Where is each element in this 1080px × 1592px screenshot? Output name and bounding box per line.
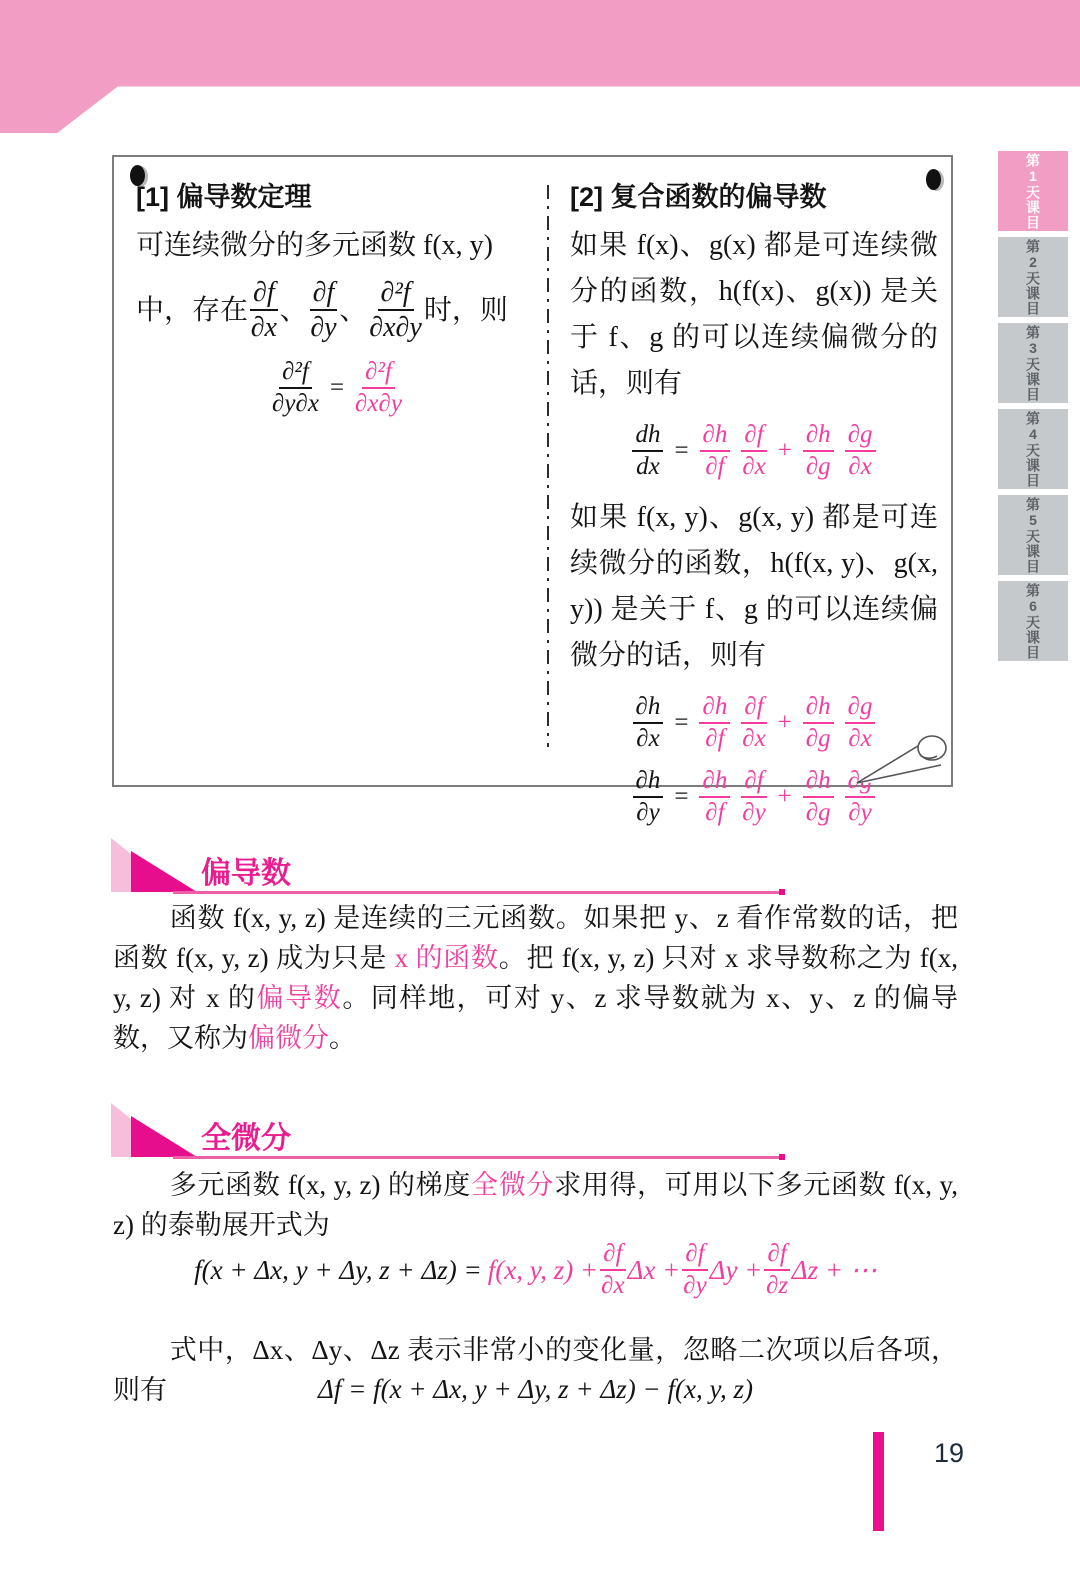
section-underline <box>173 891 783 894</box>
day-tab-list: 第1天课目 第2天课目 第3天课目 第4天课目 第5天课目 第6天课目 <box>998 151 1068 661</box>
text-run: 多元函数 f(x, y, z) 的梯度 <box>170 1170 471 1200</box>
textbook-page: 第1天课目 第2天课目 第3天课目 第4天课目 第5天课目 第6天课目 [1] … <box>0 0 1080 1592</box>
fraction: ∂f∂y <box>310 277 338 344</box>
section-title: 全微分 <box>201 1113 291 1157</box>
page-number: 19 <box>934 1438 964 1469</box>
delta-f-equation: Δf = f(x + Δx, y + Δy, z + Δz) − f(x, y,… <box>113 1374 958 1405</box>
plus-sign: + <box>776 782 794 812</box>
fraction: ∂h∂f <box>699 767 730 827</box>
plus-sign: + <box>776 708 794 738</box>
equals-sign: = <box>672 782 690 812</box>
highlight-run: 偏导数 <box>257 983 343 1013</box>
highlight-run: 偏微分 <box>248 1023 329 1053</box>
theorem-1-title: [1] 偏导数定理 <box>136 177 538 217</box>
fraction: ∂²f∂x∂y <box>369 277 422 344</box>
section-header-partial-derivative: 偏导数 <box>111 838 811 896</box>
section-header-total-differential: 全微分 <box>111 1103 811 1161</box>
equals-sign: = <box>672 436 690 466</box>
page-top-banner <box>0 0 1080 133</box>
text-run: 中，存在 <box>136 294 248 328</box>
tab-day-2: 第2天课目 <box>998 237 1068 317</box>
formula-run: Δy + <box>710 1254 763 1286</box>
fraction: ∂g∂x <box>845 421 876 481</box>
theorem-2-title: [2] 复合函数的偏导数 <box>570 177 938 217</box>
symmetry-equation: ∂²f∂y∂x = ∂²f∂x∂y <box>136 358 538 418</box>
text-run: 、 <box>339 294 367 328</box>
fraction: ∂f∂x <box>250 277 278 344</box>
fraction: ∂f∂x <box>600 1240 625 1300</box>
text-run: 、 <box>280 294 308 328</box>
fraction: ∂h∂g <box>803 767 834 827</box>
page-curl-icon <box>841 725 953 787</box>
fraction: ∂h∂g <box>803 693 834 753</box>
partial-derivative-paragraph: 函数 f(x, y, z) 是连续的三元函数。如果把 y、z 看作常数的话，把函… <box>113 898 958 1058</box>
text-run: 。 <box>329 1023 356 1053</box>
equals-sign: = <box>328 373 346 403</box>
tab-day-3: 第3天课目 <box>998 323 1068 403</box>
theorem-1-line1: 可连续微分的多元函数 f(x, y) <box>136 223 538 269</box>
plus-sign: + <box>776 436 794 466</box>
fraction: ∂h∂y <box>633 767 664 827</box>
formula-run: Δz + ⋯ <box>792 1254 877 1286</box>
theorem-1-conditions: 中，存在 ∂f∂x 、 ∂f∂y 、 ∂²f∂x∂y 时，则 <box>136 277 538 344</box>
fraction: ∂h∂x <box>633 693 664 753</box>
chain-rule-total: dhdx = ∂h∂f ∂f∂x + ∂h∂g ∂g∂x <box>570 421 938 481</box>
fraction: ∂f∂y <box>682 1240 707 1300</box>
section-underline <box>173 1156 783 1159</box>
triangle-dark-icon <box>131 1116 197 1157</box>
fraction: ∂f∂z <box>764 1240 789 1300</box>
theorem-2-para1: 如果 f(x)、g(x) 都是可连续微分的函数，h(f(x)、g(x)) 是关于… <box>570 223 938 407</box>
text-run: 时，则 <box>424 294 508 328</box>
dash-dot-divider <box>547 185 549 747</box>
triangle-dark-icon <box>131 851 197 892</box>
fraction: ∂f∂x <box>741 421 766 481</box>
highlight-run: x 的函数 <box>395 943 499 973</box>
formula-run: f(x, y, z) + <box>488 1254 598 1286</box>
taylor-expansion-formula: f(x + Δx, y + Δy, z + Δz) = f(x, y, z) +… <box>113 1240 958 1300</box>
formula-run: Δx + <box>628 1254 681 1286</box>
footer-accent-bar <box>873 1432 884 1531</box>
fraction: ∂f∂x <box>741 693 766 753</box>
theorem-1-column: [1] 偏导数定理 可连续微分的多元函数 f(x, y) 中，存在 ∂f∂x 、… <box>136 177 538 432</box>
total-differential-intro: 多元函数 f(x, y, z) 的梯度全微分求用得，可用以下多元函数 f(x, … <box>113 1165 958 1245</box>
fraction: ∂f∂y <box>741 767 766 827</box>
fraction: ∂h∂f <box>699 693 730 753</box>
tab-day-4: 第4天课目 <box>998 409 1068 489</box>
fraction: ∂²f∂x∂y <box>355 358 402 418</box>
theorem-box: [1] 偏导数定理 可连续微分的多元函数 f(x, y) 中，存在 ∂f∂x 、… <box>112 155 953 787</box>
theorem-2-para2: 如果 f(x, y)、g(x, y) 都是可连续微分的函数，h(f(x, y)、… <box>570 495 938 679</box>
formula-lhs: f(x + Δx, y + Δy, z + Δz) = <box>194 1254 482 1286</box>
fraction: ∂h∂f <box>700 421 731 481</box>
equals-sign: = <box>672 708 690 738</box>
fraction: dhdx <box>632 421 663 481</box>
highlight-run: 全微分 <box>471 1170 554 1200</box>
tab-day-5: 第5天课目 <box>998 495 1068 575</box>
fraction: ∂²f∂y∂x <box>272 358 319 418</box>
fraction: ∂h∂g <box>803 421 834 481</box>
tab-day-6: 第6天课目 <box>998 581 1068 661</box>
section-title: 偏导数 <box>201 848 291 892</box>
tab-day-1: 第1天课目 <box>998 151 1068 231</box>
